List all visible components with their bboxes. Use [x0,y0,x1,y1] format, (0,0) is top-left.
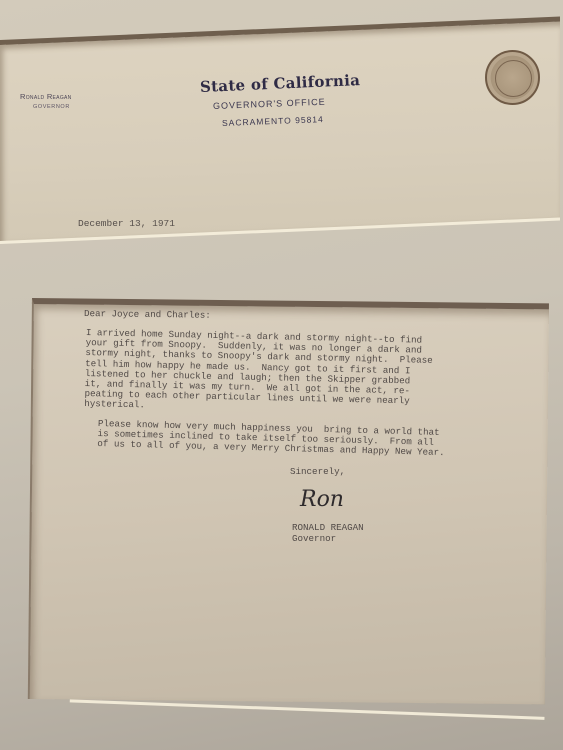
handwritten-signature: Ron [300,487,344,512]
letter-paragraph-1: I arrived home Sunday night--a dark and … [84,328,433,417]
letterhead-sender-title: GOVERNOR [33,104,70,110]
letterhead-window [0,17,560,244]
signer-name: RONALD REAGAN [292,523,364,533]
state-seal-icon [485,50,540,105]
letterhead-sender-name: Ronald Reagan [20,92,72,101]
letter-date: December 13, 1971 [78,218,175,229]
letter-closing: Sincerely, [290,467,345,477]
signer-title: Governor [292,534,336,544]
letter-salutation: Dear Joyce and Charles: [84,309,211,321]
